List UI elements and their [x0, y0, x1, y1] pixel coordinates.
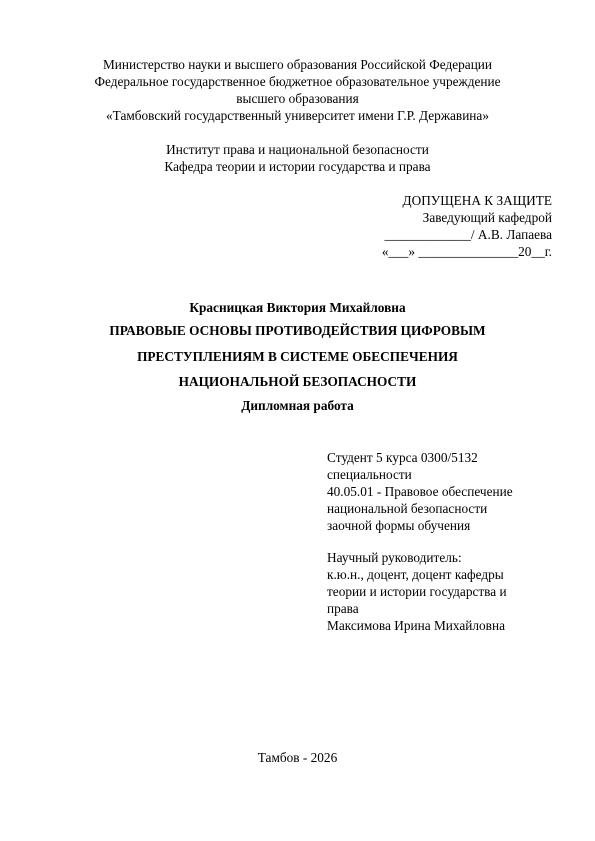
signature-line: _____________/ А.В. Лапаева: [382, 226, 552, 243]
approver-position: Заведующий кафедрой: [382, 209, 552, 226]
work-type: Дипломная работа: [60, 397, 535, 414]
student-study-form: заочной формы обучения: [327, 517, 513, 534]
approval-block: ДОПУЩЕНА К ЗАЩИТЕ Заведующий кафедрой __…: [382, 192, 552, 260]
footer-city-year: Тамбов - 2026: [60, 749, 535, 766]
student-info: Студент 5 курса 0300/5132 специальности …: [327, 449, 513, 534]
education-level-line: высшего образования: [60, 90, 535, 107]
advisor-name: Максимова Ирина Михайловна: [327, 617, 507, 634]
student-course: Студент 5 курса 0300/5132: [327, 449, 513, 466]
institution-type-line: Федеральное государственное бюджетное об…: [60, 73, 535, 90]
university-name-line: «Тамбовский государственный университет …: [60, 107, 535, 124]
approval-title: ДОПУЩЕНА К ЗАЩИТЕ: [382, 192, 552, 209]
city-year: Тамбов - 2026: [60, 749, 535, 766]
student-specialty-name: национальной безопасности: [327, 500, 513, 517]
thesis-title: ПРАВОВЫЕ ОСНОВЫ ПРОТИВОДЕЙСТВИЯ ЦИФРОВЫМ…: [60, 318, 535, 395]
advisor-degree: к.ю.н., доцент, доцент кафедры: [327, 566, 507, 583]
ministry-line: Министерство науки и высшего образования…: [60, 56, 535, 73]
institute-name: Институт права и национальной безопаснос…: [60, 141, 535, 158]
advisor-label: Научный руководитель:: [327, 549, 507, 566]
date-line: «___» _______________20__г.: [382, 243, 552, 260]
department-name: Кафедра теории и истории государства и п…: [60, 158, 535, 175]
institute-header: Институт права и национальной безопаснос…: [60, 141, 535, 175]
title-page: Министерство науки и высшего образования…: [0, 0, 595, 841]
student-specialty-label: специальности: [327, 466, 513, 483]
advisor-department: теории и истории государства и: [327, 583, 507, 600]
advisor-info: Научный руководитель: к.ю.н., доцент, до…: [327, 549, 507, 634]
thesis-title-line: НАЦИОНАЛЬНОЙ БЕЗОПАСНОСТИ: [60, 369, 535, 395]
author-name: Красницкая Виктория Михайловна: [60, 299, 535, 316]
thesis-title-line: ПРЕСТУПЛЕНИЯМ В СИСТЕМЕ ОБЕСПЕЧЕНИЯ: [60, 344, 535, 370]
advisor-department-cont: права: [327, 600, 507, 617]
organization-header: Министерство науки и высшего образования…: [60, 56, 535, 124]
thesis-title-line: ПРАВОВЫЕ ОСНОВЫ ПРОТИВОДЕЙСТВИЯ ЦИФРОВЫМ: [60, 318, 535, 344]
student-specialty-code: 40.05.01 - Правовое обеспечение: [327, 483, 513, 500]
